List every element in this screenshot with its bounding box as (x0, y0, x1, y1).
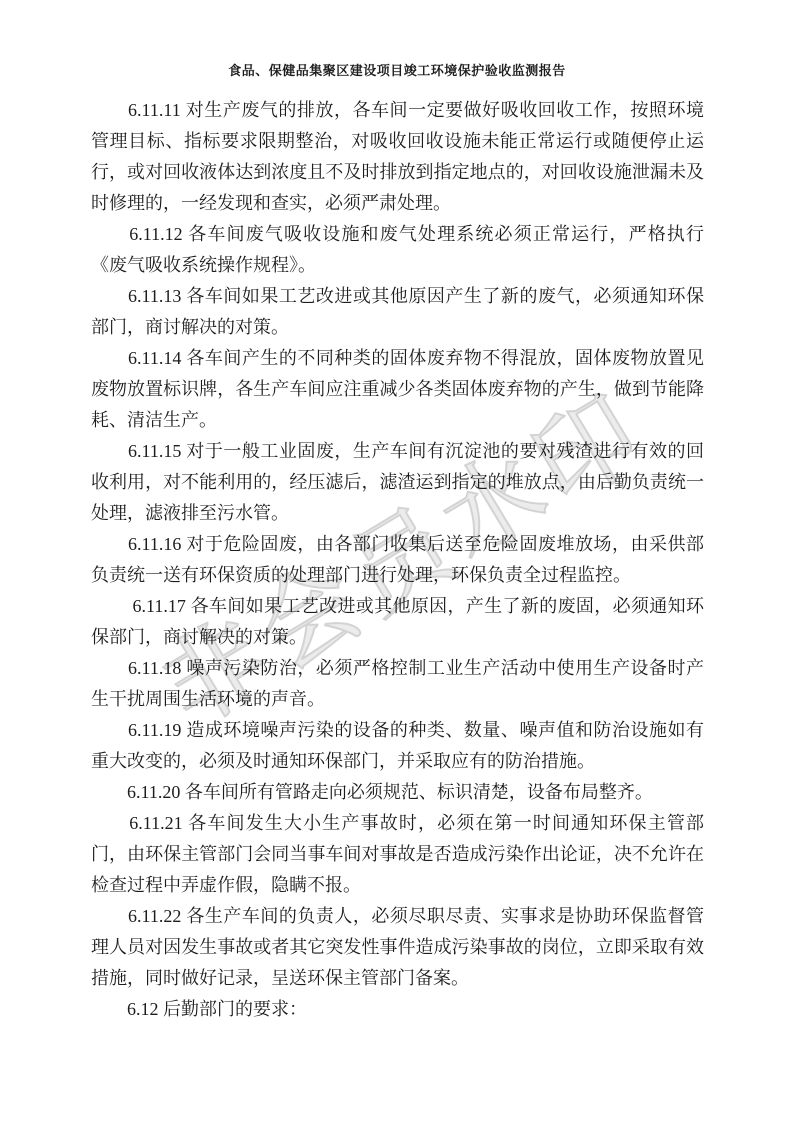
text-line: 保部门，商讨解决的对策。 (91, 622, 704, 653)
paragraph-6.11.22: 6.11.22 各生产车间的负责人，必须尽职尽责、实事求是协助环保监督管 理人员… (91, 901, 704, 994)
text-line: 6.11.18 噪声污染防治，必须严格控制工业生产活动中使用生产设备时产 (91, 653, 704, 684)
text-line: 理人员对因发生事故或者其它突发性事件造成污染事故的岗位，立即采取有效 (91, 932, 704, 963)
text-line: 重大改变的，必须及时通知环保部门，并采取应有的防治措施。 (91, 746, 704, 777)
document-body: 6.11.11 对生产废气的排放，各车间一定要做好吸收回收工作，按照环境 管理目… (91, 95, 704, 1025)
text-line: 6.11.16 对于危险固废，由各部门收集后送至危险固废堆放场，由采供部 (91, 529, 704, 560)
text-line: 部门，商讨解决的对策。 (91, 312, 704, 343)
text-line: 6.11.20 各车间所有管路走向必须规范、标识清楚，设备布局整齐。 (91, 777, 704, 808)
paragraph-6.12: 6.12 后勤部门的要求： (91, 994, 704, 1025)
paragraph-6.11.15: 6.11.15 对于一般工业固废，生产车间有沉淀池的要对残渣进行有效的回 收利用… (91, 436, 704, 529)
paragraph-6.11.13: 6.11.13 各车间如果工艺改进或其他原因产生了新的废气，必须通知环保 部门，… (91, 281, 704, 343)
text-line: 6.11.14 各车间产生的不同种类的固体废弃物不得混放，固体废物放置见 (91, 343, 704, 374)
text-line: 门，由环保主管部门会同当事车间对事故是否造成污染作出论证，决不允许在 (91, 839, 704, 870)
text-line: 行，或对回收液体达到浓度且不及时排放到指定地点的，对回收设施泄漏未及 (91, 157, 704, 188)
text-line: 6.11.19 造成环境噪声污染的设备的种类、数量、噪声值和防治设施如有 (91, 715, 704, 746)
text-line: 6.11.12 各车间废气吸收设施和废气处理系统必须正常运行，严格执行 (91, 219, 704, 250)
paragraph-6.11.20: 6.11.20 各车间所有管路走向必须规范、标识清楚，设备布局整齐。 (91, 777, 704, 808)
paragraph-6.11.21: 6.11.21 各车间发生大小生产事故时，必须在第一时间通知环保主管部 门，由环… (91, 808, 704, 901)
text-line: 收利用，对不能利用的，经压滤后，滤渣运到指定的堆放点，由后勤负责统一 (91, 467, 704, 498)
text-line: 6.11.11 对生产废气的排放，各车间一定要做好吸收回收工作，按照环境 (91, 95, 704, 126)
text-line: 时修理的，一经发现和查实，必须严肃处理。 (91, 188, 704, 219)
page-header-title: 食品、保健品集聚区建设项目竣工环境保护验收监测报告 (0, 60, 794, 79)
text-line: 6.11.22 各生产车间的负责人，必须尽职尽责、实事求是协助环保监督管 (91, 901, 704, 932)
text-line: 负责统一送有环保资质的处理部门进行处理，环保负责全过程监控。 (91, 560, 704, 591)
paragraph-6.11.11: 6.11.11 对生产废气的排放，各车间一定要做好吸收回收工作，按照环境 管理目… (91, 95, 704, 219)
text-line: 措施，同时做好记录，呈送环保主管部门备案。 (91, 963, 704, 994)
text-line: 6.11.15 对于一般工业固废，生产车间有沉淀池的要对残渣进行有效的回 (91, 436, 704, 467)
text-line: 管理目标、指标要求限期整治，对吸收回收设施未能正常运行或随便停止运 (91, 126, 704, 157)
text-line: 6.11.21 各车间发生大小生产事故时，必须在第一时间通知环保主管部 (91, 808, 704, 839)
text-line: 6.11.13 各车间如果工艺改进或其他原因产生了新的废气，必须通知环保 (91, 281, 704, 312)
text-line: 废物放置标识牌，各生产车间应注重减少各类固体废弃物的产生，做到节能降 (91, 374, 704, 405)
text-line: 6.12 后勤部门的要求： (91, 994, 704, 1025)
document-page: 非会员水印 食品、保健品集聚区建设项目竣工环境保护验收监测报告 6.11.11 … (0, 0, 794, 1122)
text-line: 处理，滤液排至污水管。 (91, 498, 704, 529)
text-line: 6.11.17 各车间如果工艺改进或其他原因，产生了新的废固，必须通知环 (91, 591, 704, 622)
paragraph-6.11.19: 6.11.19 造成环境噪声污染的设备的种类、数量、噪声值和防治设施如有 重大改… (91, 715, 704, 777)
paragraph-6.11.14: 6.11.14 各车间产生的不同种类的固体废弃物不得混放，固体废物放置见 废物放… (91, 343, 704, 436)
paragraph-6.11.17: 6.11.17 各车间如果工艺改进或其他原因，产生了新的废固，必须通知环 保部门… (91, 591, 704, 653)
text-line: 检查过程中弄虚作假，隐瞒不报。 (91, 870, 704, 901)
paragraph-6.11.18: 6.11.18 噪声污染防治，必须严格控制工业生产活动中使用生产设备时产 生干扰… (91, 653, 704, 715)
text-line: 生干扰周围生活环境的声音。 (91, 684, 704, 715)
paragraph-6.11.12: 6.11.12 各车间废气吸收设施和废气处理系统必须正常运行，严格执行 《废气吸… (91, 219, 704, 281)
text-line: 耗、清洁生产。 (91, 405, 704, 436)
paragraph-6.11.16: 6.11.16 对于危险固废，由各部门收集后送至危险固废堆放场，由采供部 负责统… (91, 529, 704, 591)
text-line: 《废气吸收系统操作规程》。 (91, 250, 704, 281)
